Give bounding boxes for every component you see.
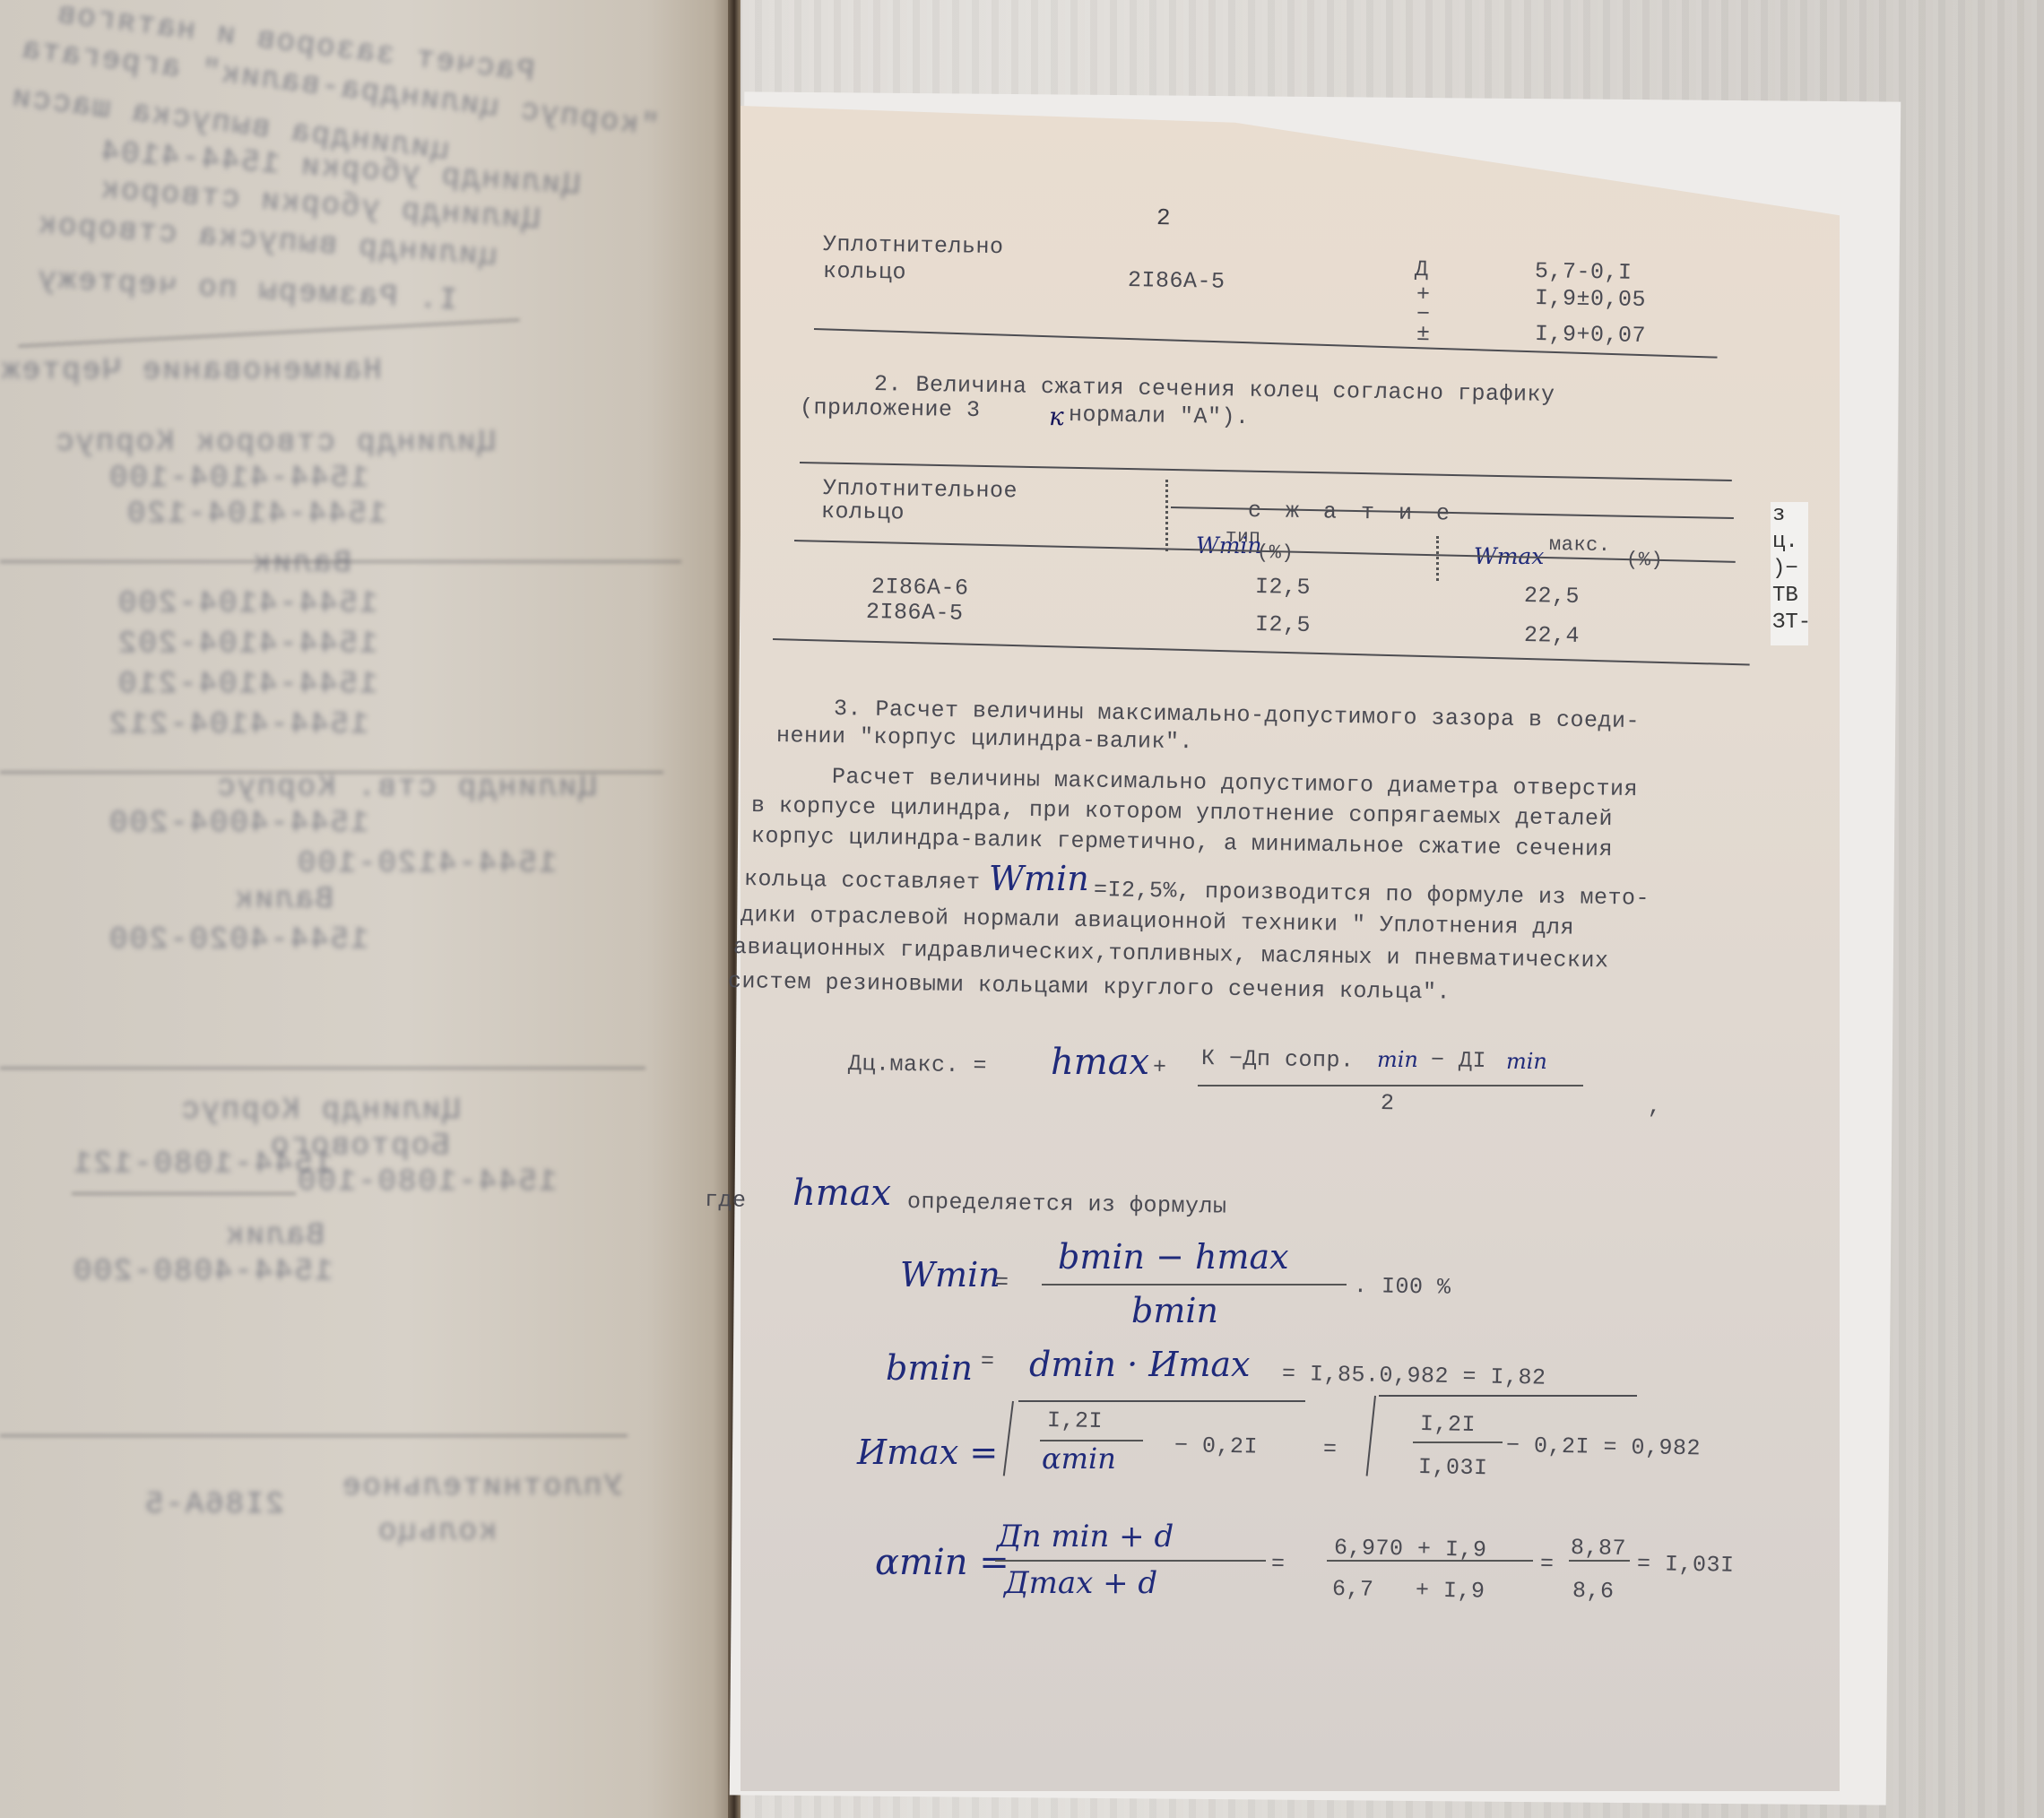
formula-u-sqrt2-bar xyxy=(1379,1395,1637,1397)
formula-alpha-num-hand: Дп min + d xyxy=(997,1519,1174,1554)
table2-min-hand: Wmin xyxy=(1196,532,1262,558)
edge-fragment-line: ЗТ- xyxy=(1772,610,1808,636)
formula-alpha-den3: 8,6 xyxy=(1572,1578,1615,1605)
formula-u-sqrt1-bar xyxy=(1018,1400,1305,1402)
formula-alpha-eq2: = xyxy=(1540,1551,1555,1577)
table2-max-label: макс. xyxy=(1549,533,1611,557)
table2-wmin: I2,5 xyxy=(1255,574,1311,601)
formula-w-lhs: Wmin xyxy=(900,1255,1000,1294)
formula-alpha-fraction-bar3 xyxy=(1569,1560,1630,1562)
formula-alpha-lhs: αmin = xyxy=(875,1542,1009,1583)
table2-wmax: 22,5 xyxy=(1524,583,1580,610)
left-page-bleedthrough: Расчет зазоров и натягов "корпус цилиндр… xyxy=(0,0,735,1818)
formula-u-tail: − 0,2I = 0,982 xyxy=(1506,1433,1701,1461)
formula-w-eq: = xyxy=(995,1269,1009,1295)
section2-hand-k: к xyxy=(1049,402,1064,431)
where-text: определяется из формулы xyxy=(907,1189,1227,1220)
formula-main-hmax: hmax xyxy=(1051,1042,1149,1083)
section3-wmin-hand: Wmin xyxy=(989,859,1089,898)
edge-fragment-line: ц. xyxy=(1772,529,1808,556)
formula-alpha-fraction-bar2 xyxy=(1327,1560,1533,1562)
table2-min-unit: (%) xyxy=(1257,541,1294,565)
formula-main-denominator: 2 xyxy=(1381,1090,1395,1116)
formula-alpha-fraction-bar1 xyxy=(995,1560,1266,1562)
formula-w-denominator: bmin xyxy=(1131,1291,1218,1330)
table1-item-label-line1: Уплотнительно xyxy=(823,231,1004,260)
formula-alpha-den-hand: Дmax + d xyxy=(1004,1565,1157,1601)
table1-value: 5,7-0,I xyxy=(1535,258,1633,286)
formula-alpha-num3: 8,87 xyxy=(1571,1535,1626,1562)
where-hand: hmax xyxy=(792,1173,891,1214)
formula-alpha-result: = I,03I xyxy=(1637,1551,1735,1579)
formula-main-numerator-a: К −Дп сопр. xyxy=(1201,1045,1355,1074)
formula-main-lhs: Дц.макс. = xyxy=(848,1051,987,1078)
formula-u-frac2-bar xyxy=(1413,1441,1503,1443)
formula-w-numerator: bmin − hmax xyxy=(1058,1237,1289,1277)
section2-line2-a: (приложение 3 xyxy=(800,394,981,423)
formula-w-tail: . I00 % xyxy=(1354,1273,1451,1301)
formula-main-numerator-hand1: min xyxy=(1377,1047,1418,1072)
formula-alpha-num2: 6,970 + I,9 xyxy=(1334,1535,1487,1563)
formula-u-frac2-den: I,03I xyxy=(1418,1454,1488,1481)
table2-ring: 2I86A-5 xyxy=(866,599,964,627)
where-prefix: где xyxy=(705,1187,747,1214)
table1-part-code: 2I86A-5 xyxy=(1128,267,1226,295)
table2-column-separator xyxy=(1436,536,1439,581)
table2-ring: 2I86A-6 xyxy=(871,574,969,602)
formula-u-minus1: − 0,2I xyxy=(1174,1433,1258,1459)
formula-w-fraction-bar xyxy=(1042,1284,1347,1286)
formula-main-fraction-bar xyxy=(1198,1085,1583,1086)
table1-value: I,9+0,07 xyxy=(1535,321,1646,349)
table2-wmin: I2,5 xyxy=(1255,611,1311,638)
formula-alpha-eq1: = xyxy=(1271,1551,1286,1577)
section3-para-line: кольца составляет xyxy=(744,866,981,896)
formula-b-eq: = xyxy=(981,1348,995,1374)
edge-fragment-line: )− xyxy=(1772,556,1808,583)
table1-symbol: ± xyxy=(1416,321,1431,347)
table2-column-separator xyxy=(1165,480,1168,551)
formula-u-frac2-num: I,2I xyxy=(1420,1411,1476,1438)
edge-fragment-line: ТВ xyxy=(1772,583,1808,610)
edge-fragment: з ц. )− ТВ ЗТ- xyxy=(1771,502,1808,645)
table1-value: I,9±0,05 xyxy=(1535,285,1646,313)
formula-b-rhs-typed: = I,85.0,982 = I,82 xyxy=(1282,1361,1546,1391)
formula-u-lhs: Иmax = xyxy=(857,1433,998,1472)
table1-item-label-line2: кольцо xyxy=(823,258,906,285)
edge-fragment-line: з xyxy=(1772,502,1808,529)
formula-main-trail: , xyxy=(1648,1094,1662,1120)
table2-wmax: 22,4 xyxy=(1524,622,1580,649)
formula-alpha-den2: 6,7 + I,9 xyxy=(1332,1576,1485,1605)
table1-symbol: Д xyxy=(1415,256,1429,282)
formula-main-numerator-hand2: min xyxy=(1506,1049,1547,1074)
formula-main-numerator-b: − ДI xyxy=(1431,1047,1486,1074)
formula-u-frac1-den: αmin xyxy=(1042,1441,1116,1476)
formula-b-rhs-hand: dmin · Иmax xyxy=(1029,1345,1250,1384)
section2-line2-b: нормали "A"). xyxy=(1069,402,1250,430)
formula-main-plus: + xyxy=(1153,1054,1167,1080)
page-number: 2 xyxy=(1156,204,1172,231)
formula-u-frac1-num: I,2I xyxy=(1047,1407,1103,1434)
table2-col1-line2: кольцо xyxy=(821,498,905,525)
formula-b-lhs: bmin xyxy=(886,1348,973,1388)
formula-u-eq: = xyxy=(1323,1436,1338,1462)
